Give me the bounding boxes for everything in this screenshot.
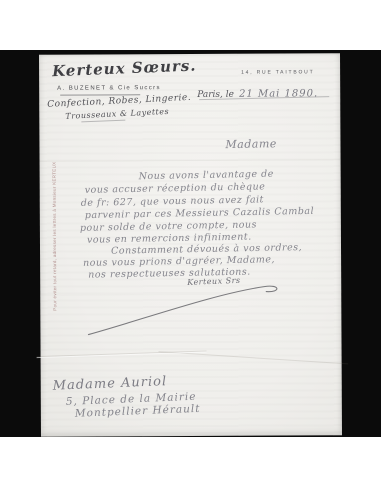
- letter-paper: Kerteux Sœurs. A. BUZENET & Cie Succrs C…: [39, 53, 342, 437]
- side-note-vertical-text: Pour éviter tout retard, adresser les le…: [52, 161, 58, 311]
- letter-photograph: Kerteux Sœurs. A. BUZENET & Cie Succrs C…: [0, 50, 381, 437]
- letterhead-successor-line: A. BUZENET & Cie Succrs: [57, 85, 161, 92]
- letterhead-flourish-rule: [81, 120, 125, 123]
- salutation: Madame: [225, 137, 277, 151]
- letterhead-company-name: Kerteux Sœurs.: [52, 56, 197, 80]
- recipient-name: Madame Auriol: [52, 374, 167, 394]
- letterhead-business-line: Trousseaux & Layettes: [65, 107, 169, 121]
- body-line: vous accuser réception du chèque: [85, 181, 266, 195]
- paper-crease: [40, 159, 341, 162]
- letterhead-street-address: 14, RUE TAITBOUT: [241, 69, 314, 75]
- signature-flourish: [82, 279, 292, 342]
- body-line: Nous avons l'avantage de: [139, 169, 274, 183]
